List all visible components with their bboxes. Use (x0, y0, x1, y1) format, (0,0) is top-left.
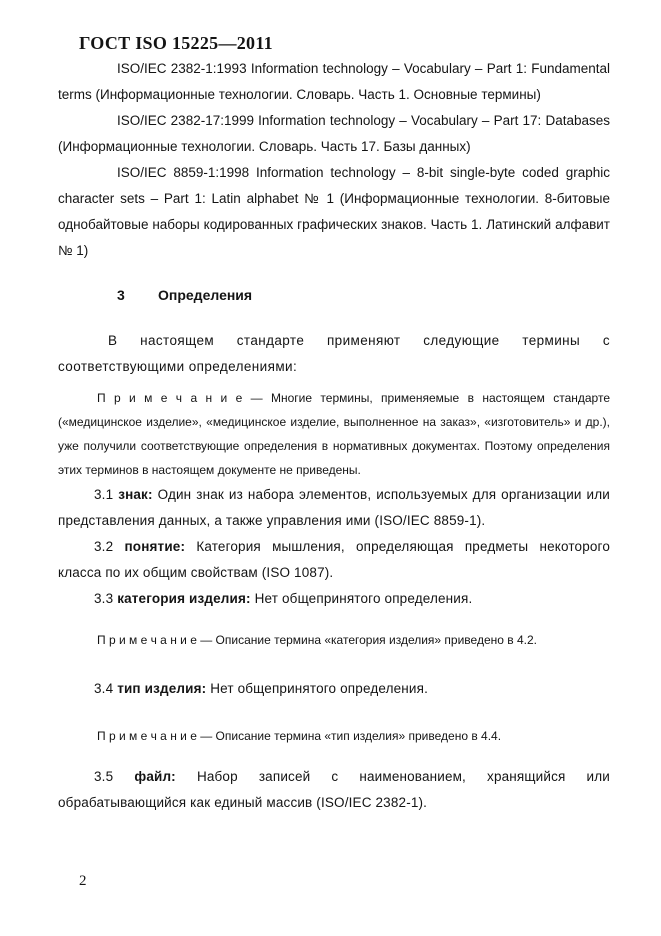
definition-3-4: 3.4 тип изделия: Нет общепринятого опред… (58, 676, 610, 702)
reference-iso-2382-1: ISO/IEC 2382-1:1993 Information technolo… (58, 56, 610, 108)
note-category: П р и м е ч а н и е — Описание термина «… (58, 628, 610, 652)
definition-3-3: 3.3 категория изделия: Нет общепринятого… (58, 586, 610, 612)
definition-text: Нет общепринятого определения. (255, 591, 473, 606)
definition-number: 3.5 (94, 769, 113, 784)
section-intro: В настоящем стандарте применяют следующи… (58, 328, 610, 380)
reference-iso-2382-17: ISO/IEC 2382-17:1999 Information technol… (58, 108, 610, 160)
definition-number: 3.3 (94, 591, 113, 606)
note-type: П р и м е ч а н и е — Описание термина «… (58, 724, 610, 748)
document-header: ГОСТ ISO 15225—2011 (79, 30, 610, 56)
page-number: 2 (79, 870, 87, 892)
definition-term: знак: (118, 487, 152, 502)
definition-term: файл: (134, 769, 176, 784)
definition-term: тип изделия: (117, 681, 206, 696)
definition-text: Нет общепринятого определения. (210, 681, 428, 696)
section-heading: 3Определения (117, 282, 610, 308)
definition-term: понятие: (124, 539, 185, 554)
document-page: ГОСТ ISO 15225—2011 ISO/IEC 2382-1:1993 … (58, 0, 610, 816)
definition-3-1: 3.1 знак: Один знак из набора элементов,… (58, 482, 610, 534)
definition-number: 3.1 (94, 487, 113, 502)
definition-number: 3.2 (94, 539, 113, 554)
section-number: 3 (117, 282, 158, 308)
definition-term: категория изделия: (117, 591, 251, 606)
definition-3-5: 3.5 файл: Набор записей с наименованием,… (58, 764, 610, 816)
note-general: П р и м е ч а н и е — Многие термины, пр… (58, 386, 610, 482)
reference-iso-8859-1: ISO/IEC 8859-1:1998 Information technolo… (58, 160, 610, 264)
definition-3-2: 3.2 понятие: Категория мышления, определ… (58, 534, 610, 586)
section-title: Определения (158, 287, 252, 303)
definition-number: 3.4 (94, 681, 113, 696)
